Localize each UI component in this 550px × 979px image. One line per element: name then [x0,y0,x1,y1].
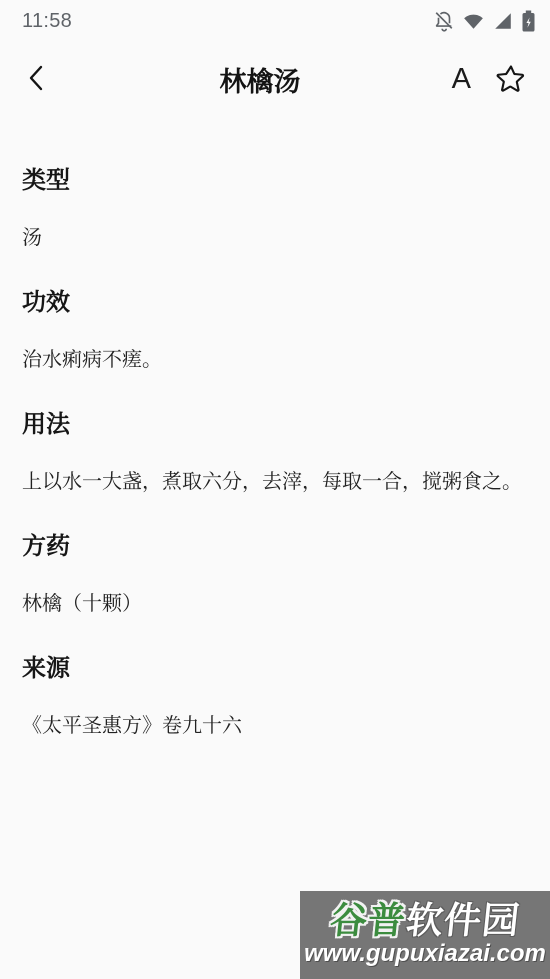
section-type-label: 类型 [22,166,528,196]
cellular-signal-icon [492,10,514,32]
star-icon [496,63,526,96]
watermark-url: www.gupuxiazai.com [304,941,546,967]
page-title: 林檎汤 [0,60,520,99]
site-watermark: 谷普软件园 www.gupuxiazai.com [300,891,550,979]
recipe-detail: 类型 汤 功效 治水痢病不瘥。 用法 上以水一大盏，煮取六分，去滓，每取一合，搅… [0,116,550,744]
back-icon [24,63,50,96]
status-icon-group [433,9,536,33]
section-effect-label: 功效 [22,288,528,318]
status-time: 11:58 [22,10,72,33]
section-formula: 方药 林檎（十颗） [22,532,528,622]
battery-charging-icon [521,9,536,33]
watermark-brand-white: 软件园 [404,900,522,941]
section-usage: 用法 上以水一大盏，煮取六分，去滓，每取一合，搅粥食之。 [22,410,528,500]
status-bar: 11:58 [0,0,550,42]
section-source-value: 《太平圣惠方》卷九十六 [22,709,528,744]
back-button[interactable] [24,63,56,95]
notifications-off-icon [433,10,455,32]
section-usage-value: 上以水一大盏，煮取六分，去滓，每取一合，搅粥食之。 [22,465,528,500]
favorite-button[interactable] [496,63,526,96]
section-source-label: 来源 [22,654,528,684]
section-formula-label: 方药 [22,532,528,562]
section-effect: 功效 治水痢病不瘥。 [22,288,528,378]
font-size-button[interactable]: A [452,65,471,94]
section-formula-value: 林檎（十颗） [22,587,528,622]
header: 林檎汤 A [0,42,550,116]
section-usage-label: 用法 [22,410,528,440]
section-type-value: 汤 [22,221,528,256]
section-source: 来源 《太平圣惠方》卷九十六 [22,654,528,744]
section-type: 类型 汤 [22,166,528,256]
header-actions: A [452,63,526,96]
app-screen: 11:58 [0,0,550,979]
watermark-brand-green: 谷普 [328,900,408,941]
wifi-icon [462,10,485,32]
section-effect-value: 治水痢病不瘥。 [22,343,528,378]
watermark-brand: 谷普软件园 [328,902,522,941]
